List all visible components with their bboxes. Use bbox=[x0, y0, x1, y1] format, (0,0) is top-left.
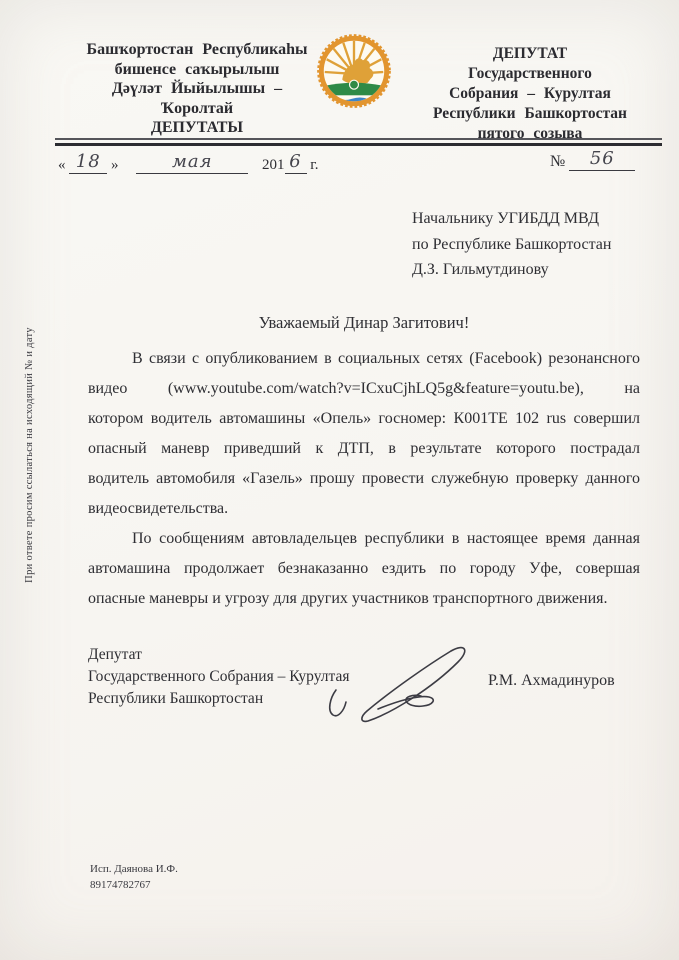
bashkortostan-emblem-icon bbox=[315, 29, 393, 115]
letterhead-left: Башҡортостан Республикаһы бишенсе саҡыры… bbox=[52, 40, 342, 138]
year-suffix: г. bbox=[310, 157, 318, 173]
emblem-kurai-flower bbox=[350, 80, 359, 89]
letterhead-left-line: Дәүләт Йыйылышы – bbox=[52, 79, 342, 99]
letterhead-divider bbox=[55, 138, 662, 146]
letterhead-left-line: Ҡоролтай bbox=[52, 99, 342, 119]
executor-phone: 89174782767 bbox=[90, 878, 178, 894]
document-number: № 56 bbox=[550, 149, 635, 171]
letterhead-left-line: бишенсе саҡырылыш bbox=[52, 60, 342, 80]
handwritten-month: мая bbox=[172, 151, 213, 172]
handwritten-day: 18 bbox=[76, 151, 101, 172]
letterhead-left-line: ДЕПУТАТЫ bbox=[52, 118, 342, 138]
side-note-vertical: При ответе просим ссылаться на исходящий… bbox=[24, 290, 40, 620]
body-line: автомашина продолжает безнаказанно ездит… bbox=[88, 554, 640, 584]
body-line: видеосвидетельства. bbox=[88, 494, 640, 524]
handwritten-signature bbox=[320, 640, 472, 736]
number-sign: № bbox=[550, 153, 565, 170]
signer-title-line: Депутат bbox=[88, 644, 349, 666]
letterhead-right-line: Республики Башкортостан bbox=[398, 104, 662, 124]
quote-close: » bbox=[111, 157, 119, 173]
body-line: опасные маневры и угрозу для других учас… bbox=[88, 584, 640, 614]
body-line: видео (www.youtube.com/watch?v=ICxuCjhLQ… bbox=[88, 374, 640, 404]
addressee-line: по Республике Башкортостан bbox=[412, 232, 611, 258]
letterhead-left-line: Башҡортостан Республикаһы bbox=[52, 40, 342, 60]
body-line: В связи с опубликованием в социальных се… bbox=[88, 344, 640, 374]
emblem-green-wave bbox=[321, 105, 387, 115]
signer-title-line: Республики Башкортостан bbox=[88, 688, 349, 710]
scanned-letter-page: При ответе просим ссылаться на исходящий… bbox=[0, 0, 679, 960]
year-printed: 201 bbox=[262, 157, 285, 173]
handwritten-year-digit: 6 bbox=[289, 151, 301, 172]
signer-name: Р.М. Ахмадинуров bbox=[488, 672, 615, 690]
letter-body: В связи с опубликованием в социальных се… bbox=[88, 344, 640, 614]
body-line: котором водитель автомашины «Опель» госн… bbox=[88, 404, 640, 434]
executor-footer: Исп. Даянова И.Ф. 89174782767 bbox=[90, 862, 178, 893]
signer-title-line: Государственного Собрания – Курултая bbox=[88, 666, 349, 688]
signer-title: Депутат Государственного Собрания – Куру… bbox=[88, 644, 349, 710]
salutation: Уважаемый Динар Загитович! bbox=[88, 313, 640, 333]
addressee-block: Начальнику УГИБДД МВД по Республике Башк… bbox=[412, 206, 611, 283]
date-line: « 18 » мая 2016 г. bbox=[58, 152, 318, 174]
executor-name: Исп. Даянова И.Ф. bbox=[90, 862, 178, 878]
body-line: По сообщениям автовладельцев республики … bbox=[88, 524, 640, 554]
handwritten-number: 56 bbox=[590, 148, 615, 169]
letterhead-right-line: Собрания – Курултая bbox=[398, 84, 662, 104]
letterhead-right-line: Государственного bbox=[398, 64, 662, 84]
body-line: опасный маневр приведший к ДТП, в резуль… bbox=[88, 434, 640, 464]
addressee-line: Начальнику УГИБДД МВД bbox=[412, 206, 611, 232]
quote-open: « bbox=[58, 157, 66, 173]
addressee-line: Д.З. Гильмутдинову bbox=[412, 257, 611, 283]
body-line: водитель автомобиля «Газель» прошу прове… bbox=[88, 464, 640, 494]
letterhead-right-line: ДЕПУТАТ bbox=[398, 44, 662, 64]
letterhead-right: ДЕПУТАТ Государственного Собрания – Куру… bbox=[398, 44, 662, 144]
